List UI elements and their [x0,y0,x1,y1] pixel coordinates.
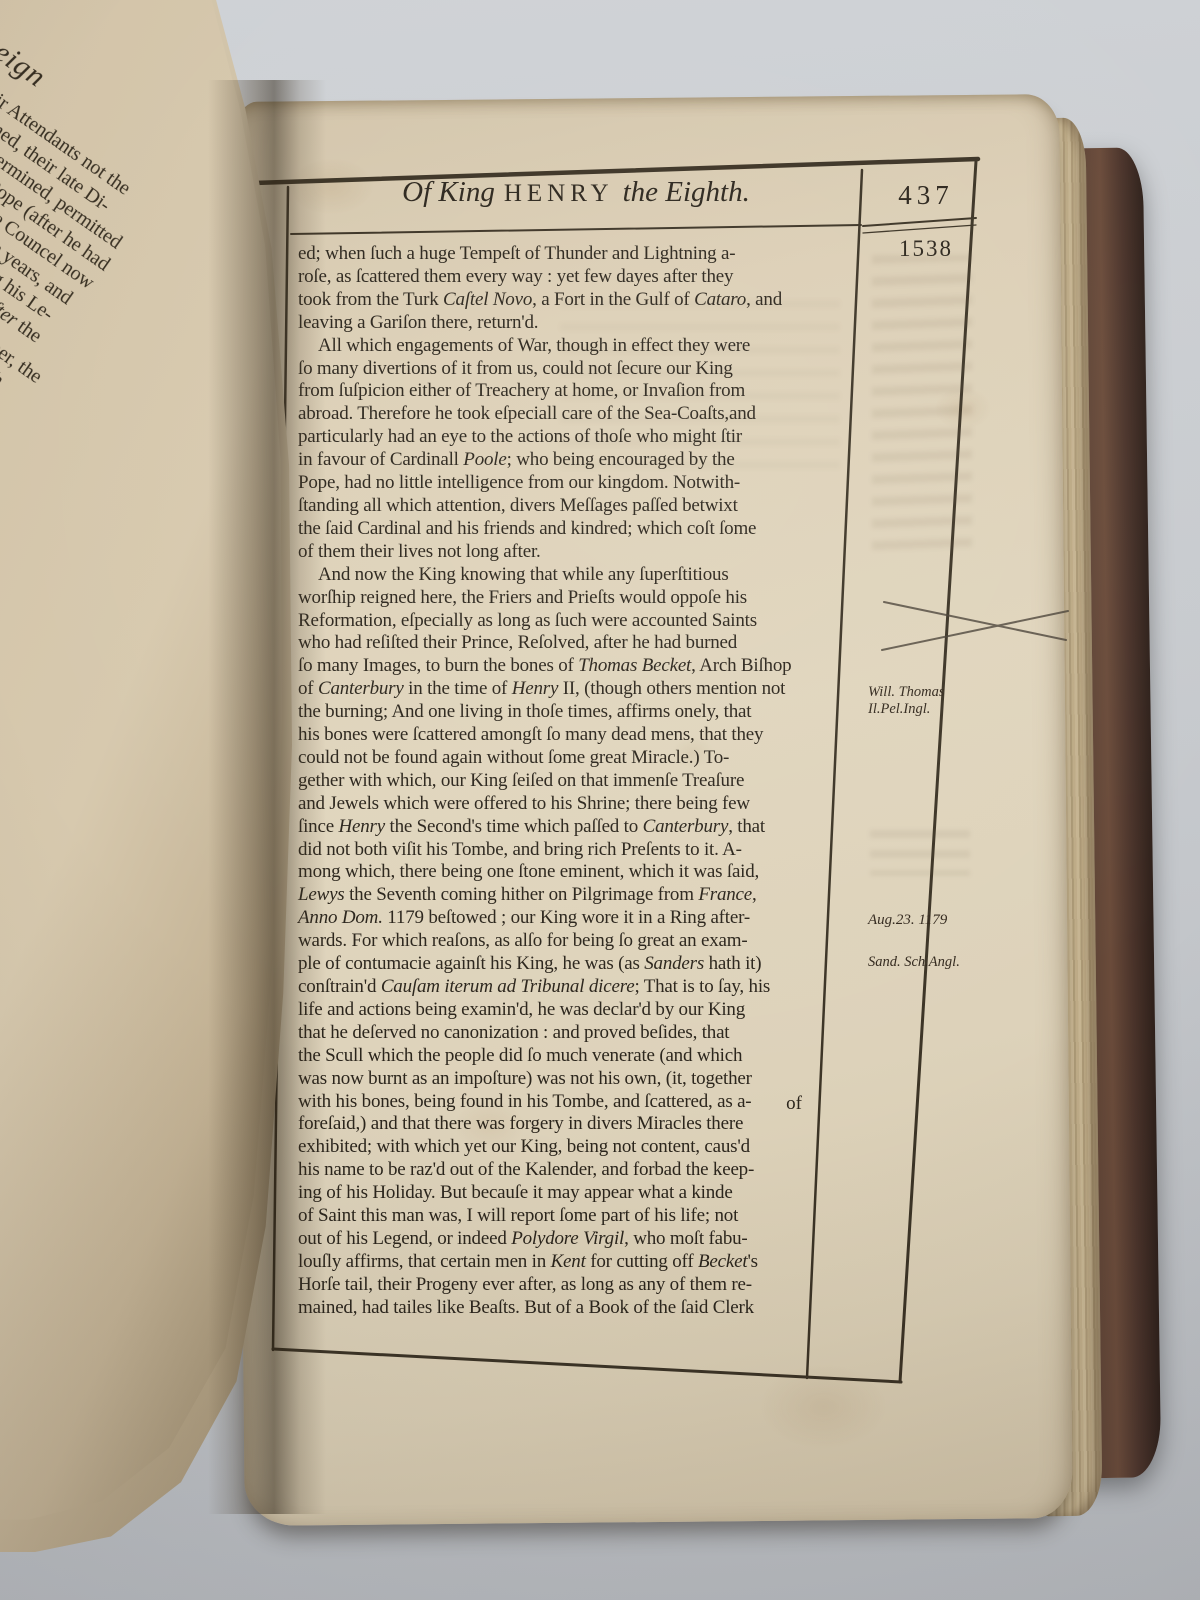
book-photo: Of King HENRY the Eighth. 437 1538 ed; w… [0,0,1200,1600]
right-page [231,94,1073,1526]
left-page-text: The Life and Reign affection, the number… [0,0,282,1402]
